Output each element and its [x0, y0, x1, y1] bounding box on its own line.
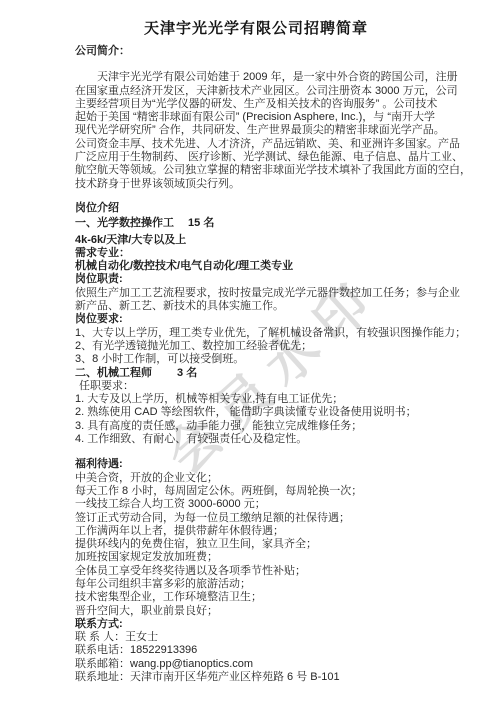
- intro-line: 广泛应用于生物制药、 医疗诊断、光学测试、绿色能源、电子信息、晶片工业、: [75, 151, 437, 164]
- job2-req-item: 3. 具有高度的责任感，动手能力强，能独立完成维修任务；: [75, 420, 437, 433]
- intro-line: 现代光学研究所” 合作，共同研发、生产世界最顶尖的精密非球面光学产品。: [75, 124, 437, 137]
- page-title: 天津宇光光学有限公司招聘简章: [75, 20, 437, 39]
- benefit-item: 加班按国家规定发放加班费；: [75, 551, 437, 564]
- job1-req-item: 3、8 小时工作制，可以接受倒班。: [75, 353, 437, 366]
- job1-duty-line: 新产品、新工艺、新技术的具体实施工作。: [75, 300, 437, 313]
- benefit-item: 每天工作 8 小时，每周固定公休。两班倒，每周轮换一次；: [75, 485, 437, 498]
- job1-title: 一、光学数控操作工 15 名: [75, 217, 437, 230]
- benefit-item: 一线技工综合人均工资 3000-6000 元；: [75, 498, 437, 511]
- document-page: 会员水印 天津宇光光学有限公司招聘简章 公司简介： 天津宇光光学有限公司始建于 …: [0, 0, 500, 707]
- job1-majors: 机械自动化/数控技术/电气自动化/理工类专业: [75, 260, 437, 273]
- intro-line: 天津宇光光学有限公司始建于 2009 年，是一家中外合资的跨国公司，注册: [75, 71, 437, 84]
- document-content: 天津宇光光学有限公司招聘简章 公司简介： 天津宇光光学有限公司始建于 2009 …: [75, 20, 437, 684]
- intro-line: 技术跻身于世界该领域顶尖行列。: [75, 178, 437, 191]
- benefit-item: 全体员工享受年终奖待遇以及各项季节性补贴；: [75, 565, 437, 578]
- job2-req-item: 2. 熟练使用 CAD 等绘图软件， 能借助字典读懂专业设备使用说明书；: [75, 406, 437, 419]
- job1-req-label: 岗位要求:: [75, 313, 437, 326]
- intro-line: 公司资金丰厚、技术先进、人才济济，产品远销欧、美、和亚洲许多国家。产品: [75, 138, 437, 151]
- benefit-item: 工作满两年以上者，提供带薪年休假待遇；: [75, 525, 437, 538]
- job1-meta: 4k-6k/天津/大专以及上: [75, 234, 437, 247]
- intro-line: 主要经营项目为“光学仪器的研发、生产及相关技术的咨询服务” 。公司技术: [75, 98, 437, 111]
- job1-duty-label: 岗位职责:: [75, 273, 437, 286]
- job2-req-item: 1. 大专及以上学历，机械等相关专业,持有电工证优先；: [75, 393, 437, 406]
- benefits-heading: 福利待遇:: [75, 458, 437, 471]
- contact-phone: 联系电话：18522913396: [75, 644, 437, 657]
- job1-major-label: 需求专业：: [75, 247, 437, 260]
- benefit-item: 中美合资，开放的企业文化；: [75, 472, 437, 485]
- benefit-item: 签订正式劳动合同，为每一位员工缴纳足额的社保待遇；: [75, 512, 437, 525]
- job1-req-item: 2、有光学透镜抛光加工、数控加工经验者优先；: [75, 340, 437, 353]
- contact-heading: 联系方式:: [75, 618, 437, 631]
- benefit-item: 每年公司组织丰富多彩的旅游活动；: [75, 578, 437, 591]
- intro-line: 起始于美国 “精密非球面有限公司” (Precision Asphere, In…: [75, 111, 437, 124]
- contact-email: 联系邮箱：wang.pp@tianoptics.com: [75, 658, 437, 671]
- job1-duty-line: 依照生产加工工艺流程要求，按时按量完成光学元器件数控加工任务；参与企业: [75, 287, 437, 300]
- benefit-item: 技术密集型企业，工作环境整洁卫生；: [75, 591, 437, 604]
- jobs-heading: 岗位介绍: [75, 202, 437, 215]
- job2-req-label: 任职要求：: [75, 380, 437, 393]
- contact-person: 联 系 人：王女士: [75, 631, 437, 644]
- company-intro-heading: 公司简介：: [75, 45, 437, 58]
- benefit-item: 晋升空间大，职业前景良好；: [75, 605, 437, 618]
- job1-req-item: 1、大专以上学历，理工类专业优先，了解机械设备常识，有较强识图操作能力；: [75, 327, 437, 340]
- contact-address: 联系地址：天津市南开区华苑产业区梓苑路 6 号 B-101: [75, 671, 437, 684]
- benefit-item: 提供环线内的免费住宿，独立卫生间，家具齐全；: [75, 538, 437, 551]
- job2-req-item: 4. 工作细致、有耐心、有较强责任心及稳定性。: [75, 433, 437, 446]
- intro-line: 航空航天等领域。公司独立掌握的精密非球面光学技术填补了我国此方面的空白，: [75, 164, 437, 177]
- intro-line: 在国家重点经济开发区，天津新技术产业园区。公司注册资本 3000 万元，公司: [75, 85, 437, 98]
- job2-title: 二、机械工程师 3 名: [75, 367, 437, 380]
